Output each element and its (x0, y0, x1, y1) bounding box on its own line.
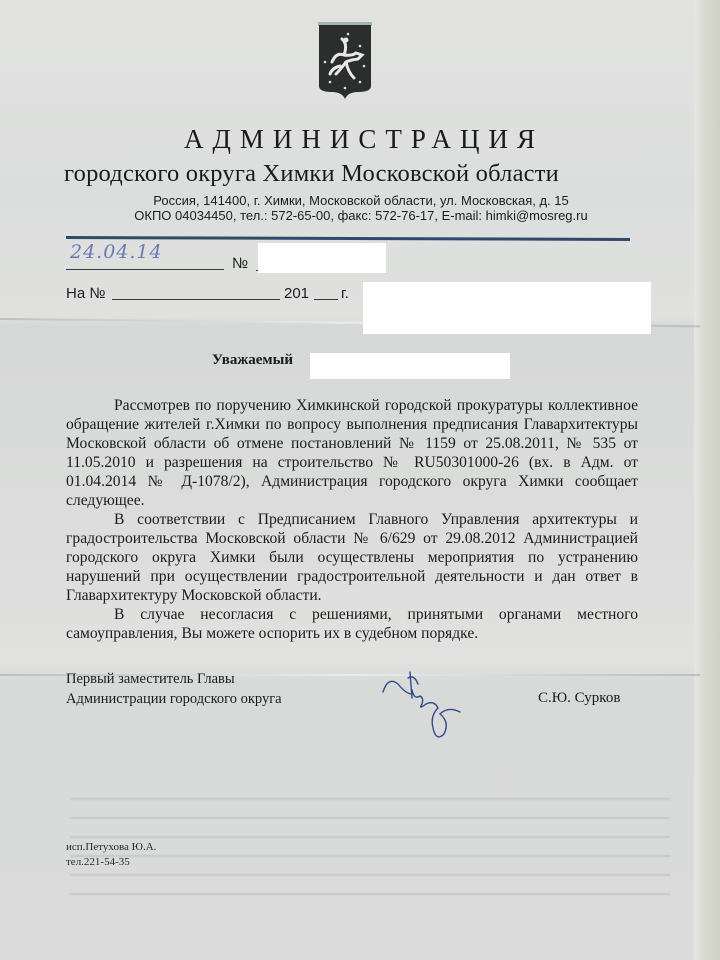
reverse-side-bleed-through (70, 790, 670, 900)
executor-name: исп.Петухова Ю.А. (66, 840, 156, 855)
handwritten-signature-icon (378, 664, 478, 744)
salutation: Уважаемый (212, 352, 293, 369)
redacted-number (258, 243, 386, 273)
body-paragraph: В соответствии с Предписанием Главного У… (66, 510, 638, 605)
redacted-recipient-name (310, 353, 510, 379)
year-label: 201 (284, 285, 309, 302)
letter-body: Рассмотрев по поручению Химкинской город… (66, 396, 638, 643)
handwritten-date: 24.04.14 (70, 241, 163, 263)
position-line-2: Администрации городского округа (66, 689, 282, 709)
year-underline (314, 299, 338, 300)
signatory-position: Первый заместитель Главы Администрации г… (66, 669, 282, 709)
executor-info: исп.Петухова Ю.А. тел.221-54-35 (66, 840, 156, 870)
executor-phone: тел.221-54-35 (66, 855, 156, 870)
body-paragraph: В случае несогласия с решениями, приняты… (66, 605, 638, 643)
year-suffix: г. (341, 285, 349, 302)
in-reply-underline (112, 299, 280, 300)
position-line-1: Первый заместитель Главы (66, 669, 282, 689)
date-underline (66, 269, 224, 270)
redacted-recipient (363, 282, 651, 334)
organization-title: АДМИНИСТРАЦИЯ (0, 124, 714, 155)
postal-address: Россия, 141400, г. Химки, Московской обл… (0, 193, 700, 208)
coat-of-arms-icon (318, 22, 372, 100)
in-reply-label: На № (66, 285, 105, 302)
organization-subtitle: городского округа Химки Московской облас… (64, 160, 559, 188)
outgoing-number-label: № (232, 255, 248, 272)
signatory-name: С.Ю. Сурков (538, 690, 620, 707)
contact-details: ОКПО 04034450, тел.: 572-65-00, факс: 57… (0, 208, 700, 223)
body-paragraph: Рассмотрев по поручению Химкинской город… (66, 396, 638, 510)
